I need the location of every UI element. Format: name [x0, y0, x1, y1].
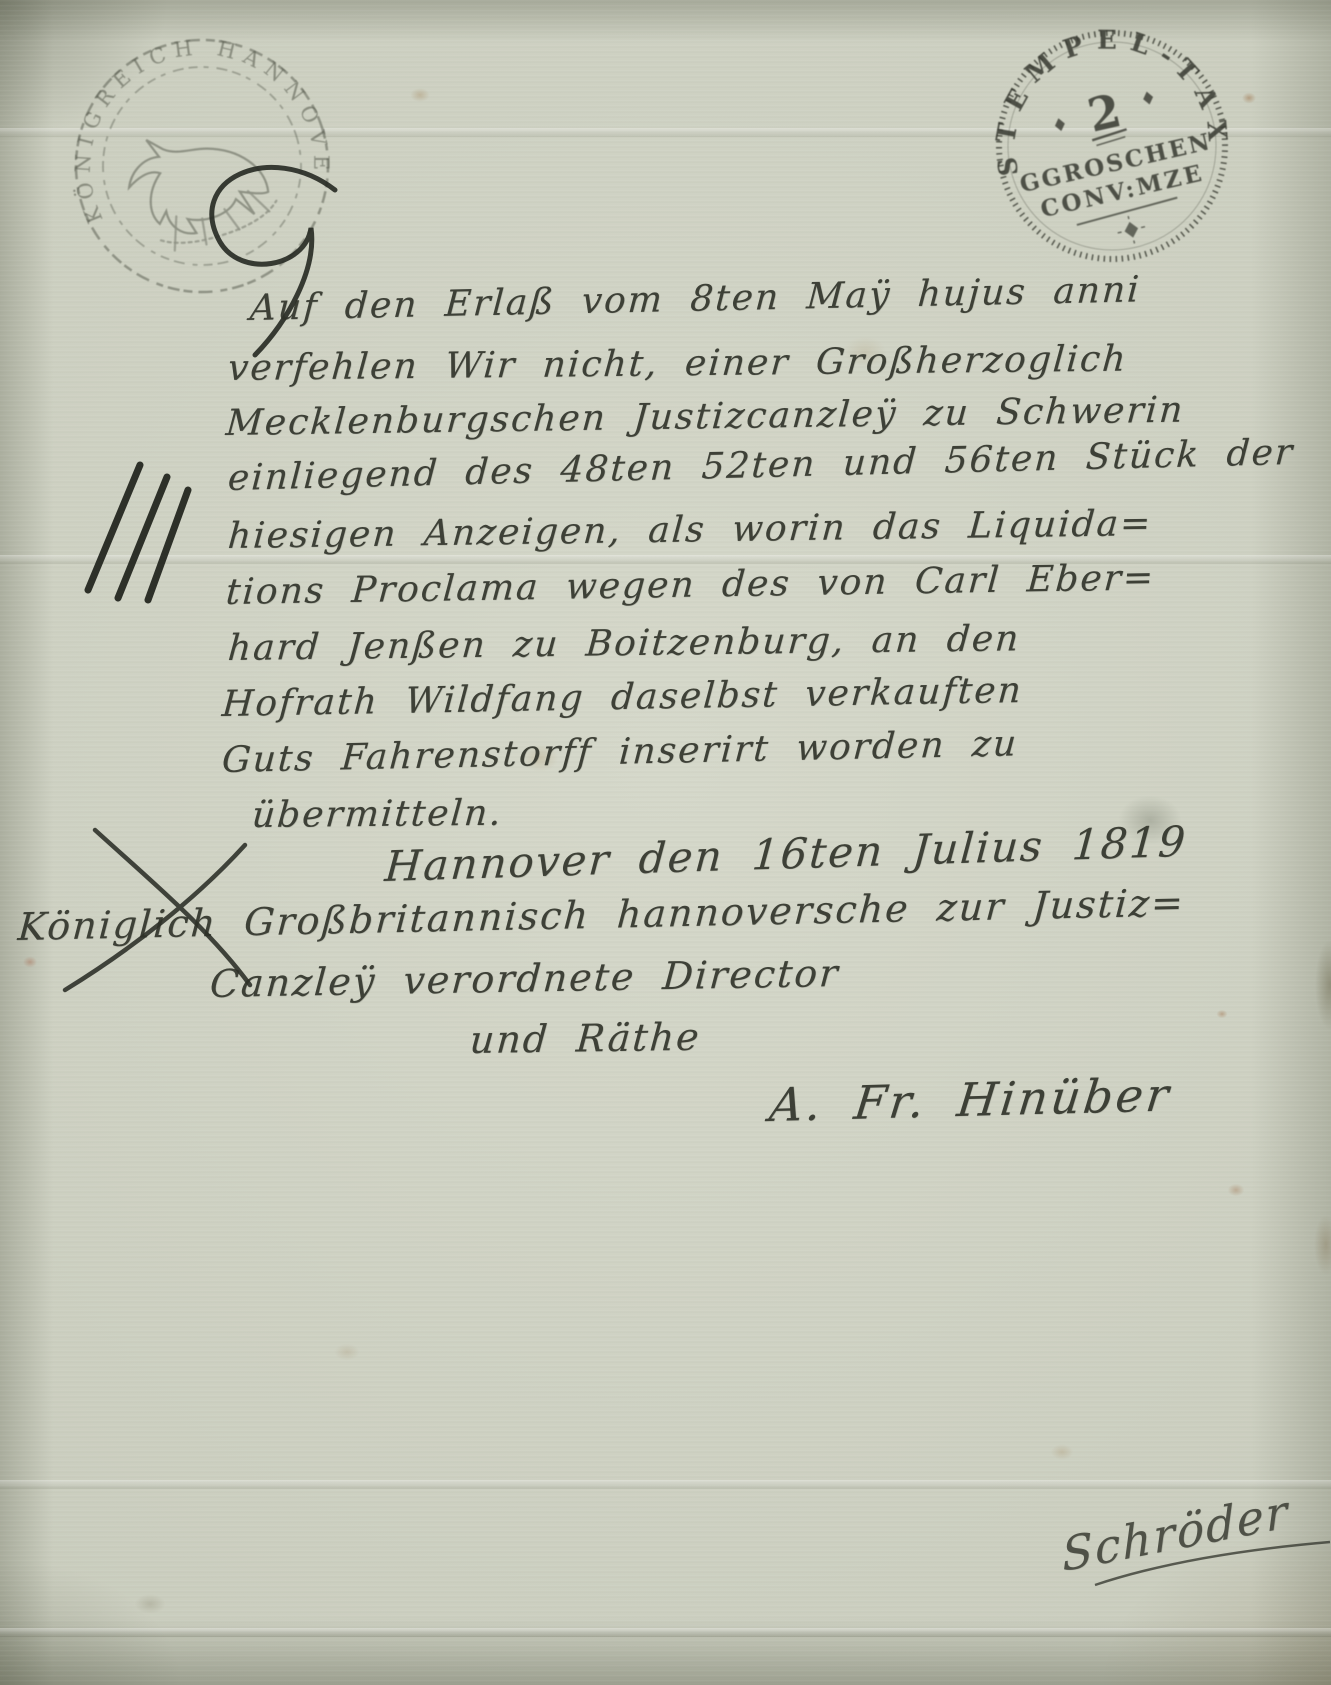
closing-line: Canzleÿ verordnete Director [208, 951, 841, 1006]
body-line: einliegend des 48ten 52ten und 56ten Stü… [227, 432, 1296, 499]
body-line: übermitteln. [250, 793, 504, 836]
body-line: hiesigen Anzeigen, als worin das Liquida… [226, 503, 1153, 557]
closing-line: und Räthe [468, 1015, 702, 1062]
stamp-rosette-icon [1115, 213, 1149, 247]
fold-crease [0, 1480, 1331, 1489]
initial-flourish-mark [175, 150, 365, 370]
letter-page: KÖNIGREICH HANNOVER STEMPEL-TAXE 2 ♦ ♦ G… [0, 0, 1331, 1685]
body-line: Mecklenburgschen Justizcanzleÿ zu Schwer… [224, 390, 1185, 444]
date-line: Hannover den 16ten Julius 1819 [383, 817, 1189, 891]
signature: A. Fr. Hinüber [767, 1067, 1174, 1132]
diamond-icon: ♦ [1050, 114, 1070, 138]
body-line: Auf den Erlaß vom 8ten Maÿ hujus anni [249, 269, 1142, 329]
body-line: verfehlen Wir nicht, einer Großherzoglic… [226, 339, 1129, 389]
body-line: Hofrath Wildfang daselbst verkauften [221, 670, 1025, 725]
body-line: hard Jenßen zu Boitzenburg, an den [226, 618, 1021, 669]
diamond-icon: ♦ [1138, 87, 1158, 111]
body-line: tions Proclama wegen des von Carl Eber= [225, 557, 1157, 613]
stempel-taxe-stamp: STEMPEL-TAXE 2 ♦ ♦ GGROSCHEN CONV:MZE [990, 24, 1240, 274]
stamp-value: 2 [1083, 83, 1126, 143]
fold-crease [0, 1628, 1331, 1637]
body-line: Guts Fahrenstorff inserirt worden zu [221, 723, 1020, 781]
margin-slashes-mark [70, 430, 220, 620]
